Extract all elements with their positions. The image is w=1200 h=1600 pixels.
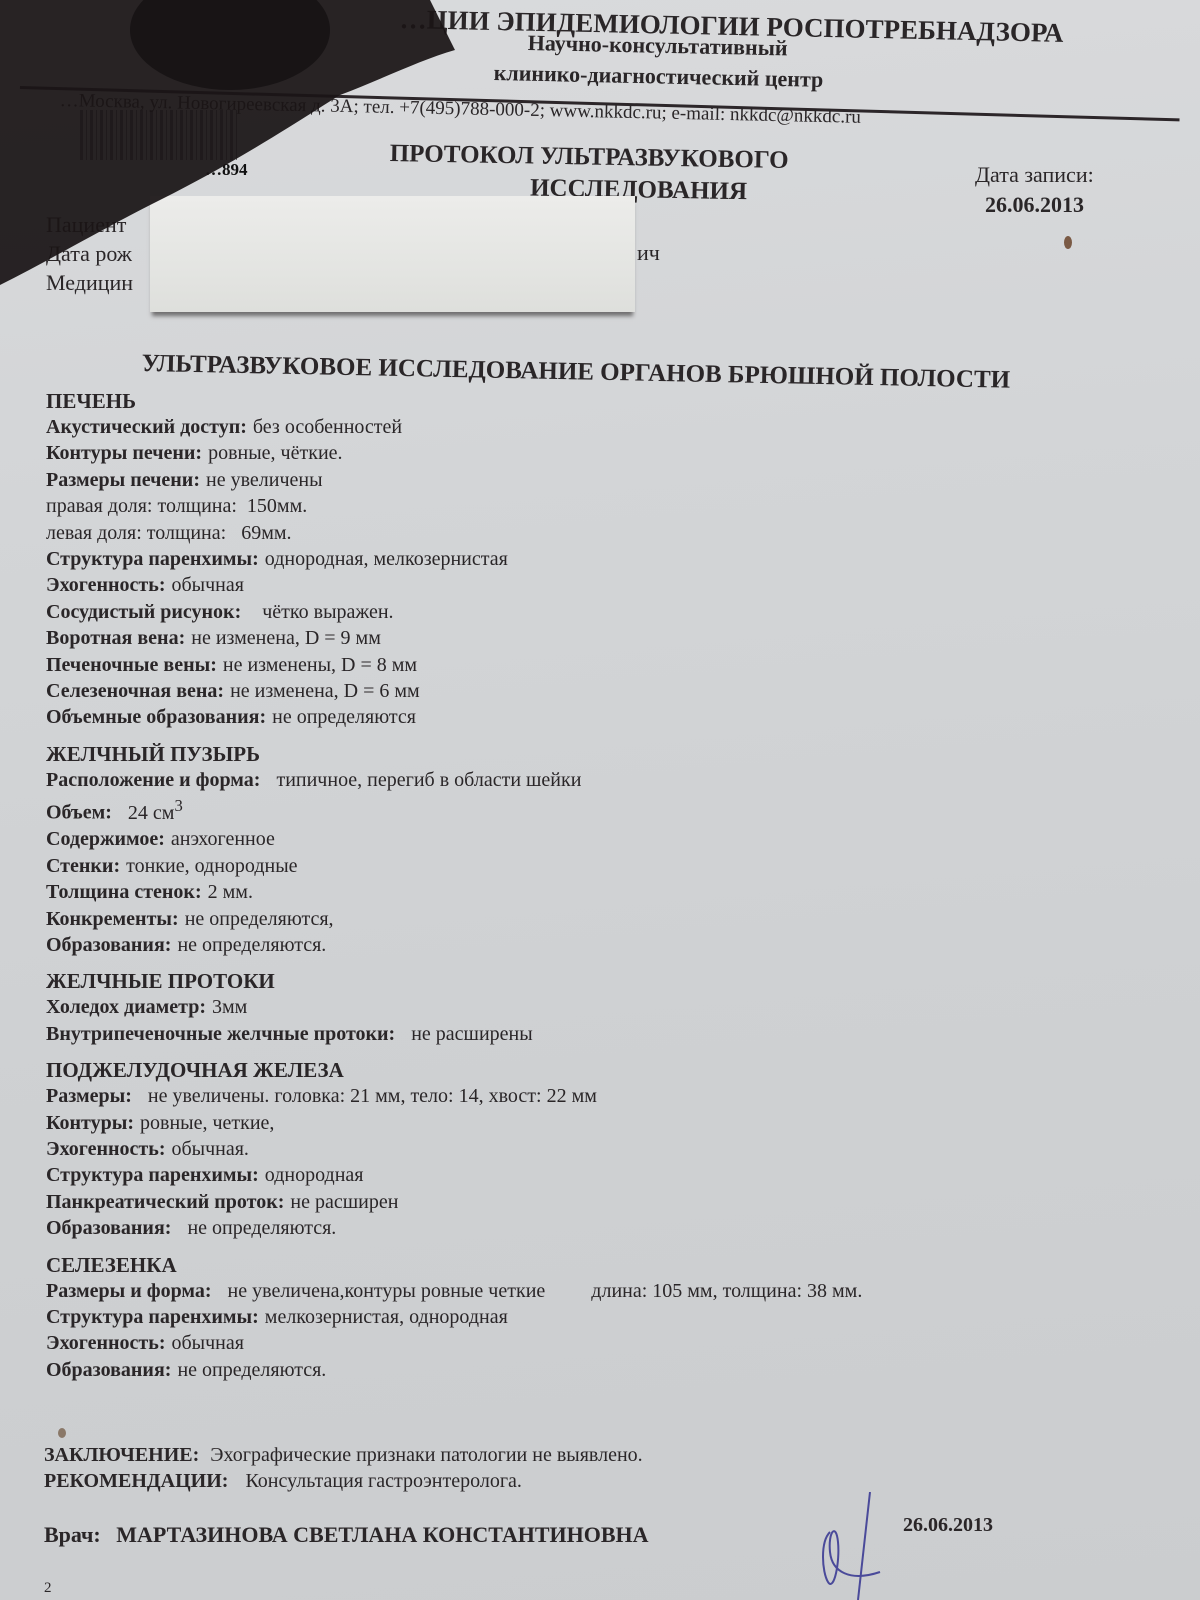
field-value: не изменена, D = 9 мм	[191, 627, 381, 649]
field-row: Конкременты:не определяются,	[46, 906, 1166, 932]
paper-stain	[58, 1428, 66, 1438]
field-value: однородная	[265, 1164, 364, 1186]
field-row: Сосудистый рисунок: чётко выражен.	[46, 599, 1166, 625]
field-row: Панкреатический проток:не расширен	[46, 1189, 1166, 1215]
field-row: Внутрипеченочные желчные протоки: не рас…	[46, 1021, 1166, 1047]
field-value: не увеличены. головка: 21 мм, тело: 14, …	[138, 1085, 597, 1107]
field-label: Образования:	[46, 1359, 171, 1381]
field-row: Структура паренхимы:однородная, мелкозер…	[46, 546, 1166, 572]
field-label: Образования:	[46, 934, 171, 956]
field-row: Образования:не определяются.	[46, 1357, 1166, 1383]
field-label: Конкременты:	[46, 908, 179, 930]
field-value: типичное, перегиб в области шейки	[266, 769, 581, 791]
field-row: Размеры: не увеличены. головка: 21 мм, т…	[46, 1083, 1166, 1109]
section-4: СЕЛЕЗЕНКАРазмеры и форма: не увеличена,к…	[46, 1252, 1166, 1384]
field-value: не изменены, D = 8 мм	[223, 654, 417, 676]
field-row: Контуры:ровные, четкие,	[46, 1110, 1166, 1136]
field-label: Печеночные вены:	[46, 654, 217, 676]
field-value: ровные, чёткие.	[208, 442, 342, 464]
page-number: 2	[44, 1580, 52, 1597]
field-label: Размеры и форма:	[46, 1280, 212, 1302]
field-value: 3мм	[212, 996, 247, 1018]
section-title: ПОДЖЕЛУДОЧНАЯ ЖЕЛЕЗА	[46, 1057, 1166, 1083]
med-label: Медицин	[46, 268, 133, 297]
field-value: правая доля: толщина: 150мм.	[46, 495, 307, 517]
field-label: Эхогенность:	[46, 1332, 165, 1354]
field-value: не определяются.	[177, 1359, 326, 1381]
conclusion-row: ЗАКЛЮЧЕНИЕ: Эхографические признаки пато…	[44, 1442, 643, 1468]
field-value: не определяются,	[185, 908, 334, 930]
doctor-name: МАРТАЗИНОВА СВЕТЛАНА КОНСТАНТИНОВНА	[116, 1522, 648, 1547]
field-row: Расположение и форма: типичное, перегиб …	[46, 767, 1166, 793]
paper-stain	[1064, 236, 1072, 249]
signature-icon	[800, 1492, 920, 1600]
field-value: однородная, мелкозернистая	[265, 548, 508, 570]
organization-subtitle-2: клинико-диагностический центр	[493, 60, 823, 93]
field-label: Объем:	[46, 802, 112, 824]
section-gap	[46, 1047, 1166, 1055]
field-label: Размеры печени:	[46, 469, 200, 491]
field-value: 24 см	[118, 802, 175, 824]
field-value: не определяются.	[177, 1217, 336, 1239]
field-label: Акустический доступ:	[46, 416, 247, 438]
field-row: Толщина стенок:2 мм.	[46, 879, 1166, 905]
section-0: ПЕЧЕНЬАкустический доступ:без особенност…	[46, 388, 1166, 731]
field-label: Структура паренхимы:	[46, 1306, 259, 1328]
field-value: анэхогенное	[171, 828, 275, 850]
field-value: обычная.	[171, 1138, 248, 1160]
field-label: Стенки:	[46, 855, 120, 877]
record-date-label: Дата записи:	[975, 162, 1094, 188]
field-value: обычная	[171, 574, 243, 596]
field-row: Акустический доступ:без особенностей	[46, 414, 1166, 440]
patient-info: Пациент Дата рож Медицин	[46, 210, 133, 297]
doctor-label: Врач:	[44, 1522, 101, 1547]
field-value: не определяются	[272, 706, 416, 728]
field-row: Размеры печени:не увеличены	[46, 467, 1166, 493]
barcode-icon	[80, 110, 240, 160]
field-row: Контуры печени:ровные, чёткие.	[46, 440, 1166, 466]
field-value: не расширены	[401, 1023, 532, 1045]
field-value: без особенностей	[253, 416, 402, 438]
barcode-number: …894	[205, 160, 248, 180]
field-label: Эхогенность:	[46, 1138, 165, 1160]
field-label: Объемные образования:	[46, 706, 266, 728]
field-label: Контуры:	[46, 1112, 134, 1134]
dob-label: Дата рож	[46, 239, 133, 268]
field-label: Внутрипеченочные желчные протоки:	[46, 1023, 395, 1045]
field-value: тонкие, однородные	[126, 855, 297, 877]
field-value: не расширен	[290, 1191, 398, 1213]
field-row: Размеры и форма: не увеличена,контуры ро…	[46, 1278, 1166, 1304]
field-label: Контуры печени:	[46, 442, 202, 464]
section-gap	[46, 958, 1166, 966]
field-value: левая доля: толщина: 69мм.	[46, 522, 292, 544]
patient-name-tail: ич	[637, 240, 660, 266]
field-label: Размеры:	[46, 1085, 132, 1107]
field-value: 2 мм.	[208, 881, 253, 903]
redaction-sticker	[150, 196, 635, 312]
field-value: ровные, четкие,	[140, 1112, 274, 1134]
field-value: мелкозернистая, однородная	[265, 1306, 508, 1328]
recommendations-text: Консультация гастроэнтеролога.	[245, 1470, 521, 1492]
section-3: ПОДЖЕЛУДОЧНАЯ ЖЕЛЕЗАРазмеры: не увеличен…	[46, 1057, 1166, 1241]
field-row: Печеночные вены:не изменены, D = 8 мм	[46, 652, 1166, 678]
field-label: Структура паренхимы:	[46, 1164, 259, 1186]
field-value: не изменена, D = 6 мм	[230, 680, 420, 702]
recommendations-row: РЕКОМЕНДАЦИИ: Консультация гастроэнтерол…	[44, 1468, 643, 1494]
field-row: Эхогенность:обычная	[46, 572, 1166, 598]
exam-sections: ПЕЧЕНЬАкустический доступ:без особенност…	[46, 386, 1166, 1383]
field-row: Холедох диаметр:3мм	[46, 994, 1166, 1020]
section-title: СЕЛЕЗЕНКА	[46, 1252, 1166, 1278]
field-row: левая доля: толщина: 69мм.	[46, 520, 1166, 546]
field-value: не увеличена,контуры ровные четкие	[218, 1280, 546, 1302]
patient-label: Пациент	[46, 210, 133, 239]
field-label: Эхогенность:	[46, 574, 165, 596]
field-row: Объем: 24 см3	[46, 793, 1166, 826]
section-title: ЖЕЛЧНЫЙ ПУЗЫРЬ	[46, 741, 1166, 767]
organization-subtitle-1: Научно-консультативный	[527, 30, 787, 61]
field-label: Структура паренхимы:	[46, 548, 259, 570]
field-value: обычная	[171, 1332, 243, 1354]
field-row: Структура паренхимы:однородная	[46, 1162, 1166, 1188]
field-row: Стенки:тонкие, однородные	[46, 853, 1166, 879]
field-value: чётко выражен.	[247, 601, 393, 623]
section-title: ПЕЧЕНЬ	[46, 388, 1166, 414]
field-label: Образования:	[46, 1217, 171, 1239]
field-label: Толщина стенок:	[46, 881, 202, 903]
field-label: Селезеночная вена:	[46, 680, 224, 702]
field-row: Объемные образования:не определяются	[46, 704, 1166, 730]
field-label: Воротная вена:	[46, 627, 185, 649]
field-row: Содержимое:анэхогенное	[46, 826, 1166, 852]
field-row: Образования:не определяются.	[46, 932, 1166, 958]
field-label: Холедох диаметр:	[46, 996, 206, 1018]
recommendations-label: РЕКОМЕНДАЦИИ:	[44, 1470, 228, 1492]
conclusion-block: ЗАКЛЮЧЕНИЕ: Эхографические признаки пато…	[44, 1442, 643, 1495]
conclusion-text: Эхографические признаки патологии не выя…	[210, 1444, 642, 1466]
section-1: ЖЕЛЧНЫЙ ПУЗЫРЬРасположение и форма: типи…	[46, 741, 1166, 959]
conclusion-label: ЗАКЛЮЧЕНИЕ:	[44, 1444, 199, 1466]
field-label: Панкреатический проток:	[46, 1191, 284, 1213]
section-2: ЖЕЛЧНЫЕ ПРОТОКИХоледох диаметр:3ммВнутри…	[46, 968, 1166, 1047]
record-date: 26.06.2013	[985, 192, 1084, 218]
field-value: не определяются.	[177, 934, 326, 956]
section-title: ЖЕЛЧНЫЕ ПРОТОКИ	[46, 968, 1166, 994]
field-row: Эхогенность:обычная	[46, 1330, 1166, 1356]
field-label: Содержимое:	[46, 828, 165, 850]
doctor-line: Врач: МАРТАЗИНОВА СВЕТЛАНА КОНСТАНТИНОВН…	[44, 1522, 649, 1548]
field-superscript: 3	[174, 796, 182, 815]
field-row: Селезеночная вена:не изменена, D = 6 мм	[46, 678, 1166, 704]
field-value: не увеличены	[206, 469, 323, 491]
section-gap	[46, 731, 1166, 739]
field-label: Расположение и форма:	[46, 769, 260, 791]
document-paper: …ЦИИ ЭПИДЕМИОЛОГИИ РОСПОТРЕБНАДЗОРА Науч…	[0, 0, 1200, 1600]
section-gap	[46, 1242, 1166, 1250]
field-row: Образования: не определяются.	[46, 1215, 1166, 1241]
field-label: Сосудистый рисунок:	[46, 601, 241, 623]
field-extra: длина: 105 мм, толщина: 38 мм.	[591, 1280, 862, 1302]
field-row: Воротная вена:не изменена, D = 9 мм	[46, 625, 1166, 651]
field-row: правая доля: толщина: 150мм.	[46, 493, 1166, 519]
field-row: Структура паренхимы:мелкозернистая, одно…	[46, 1304, 1166, 1330]
field-row: Эхогенность:обычная.	[46, 1136, 1166, 1162]
